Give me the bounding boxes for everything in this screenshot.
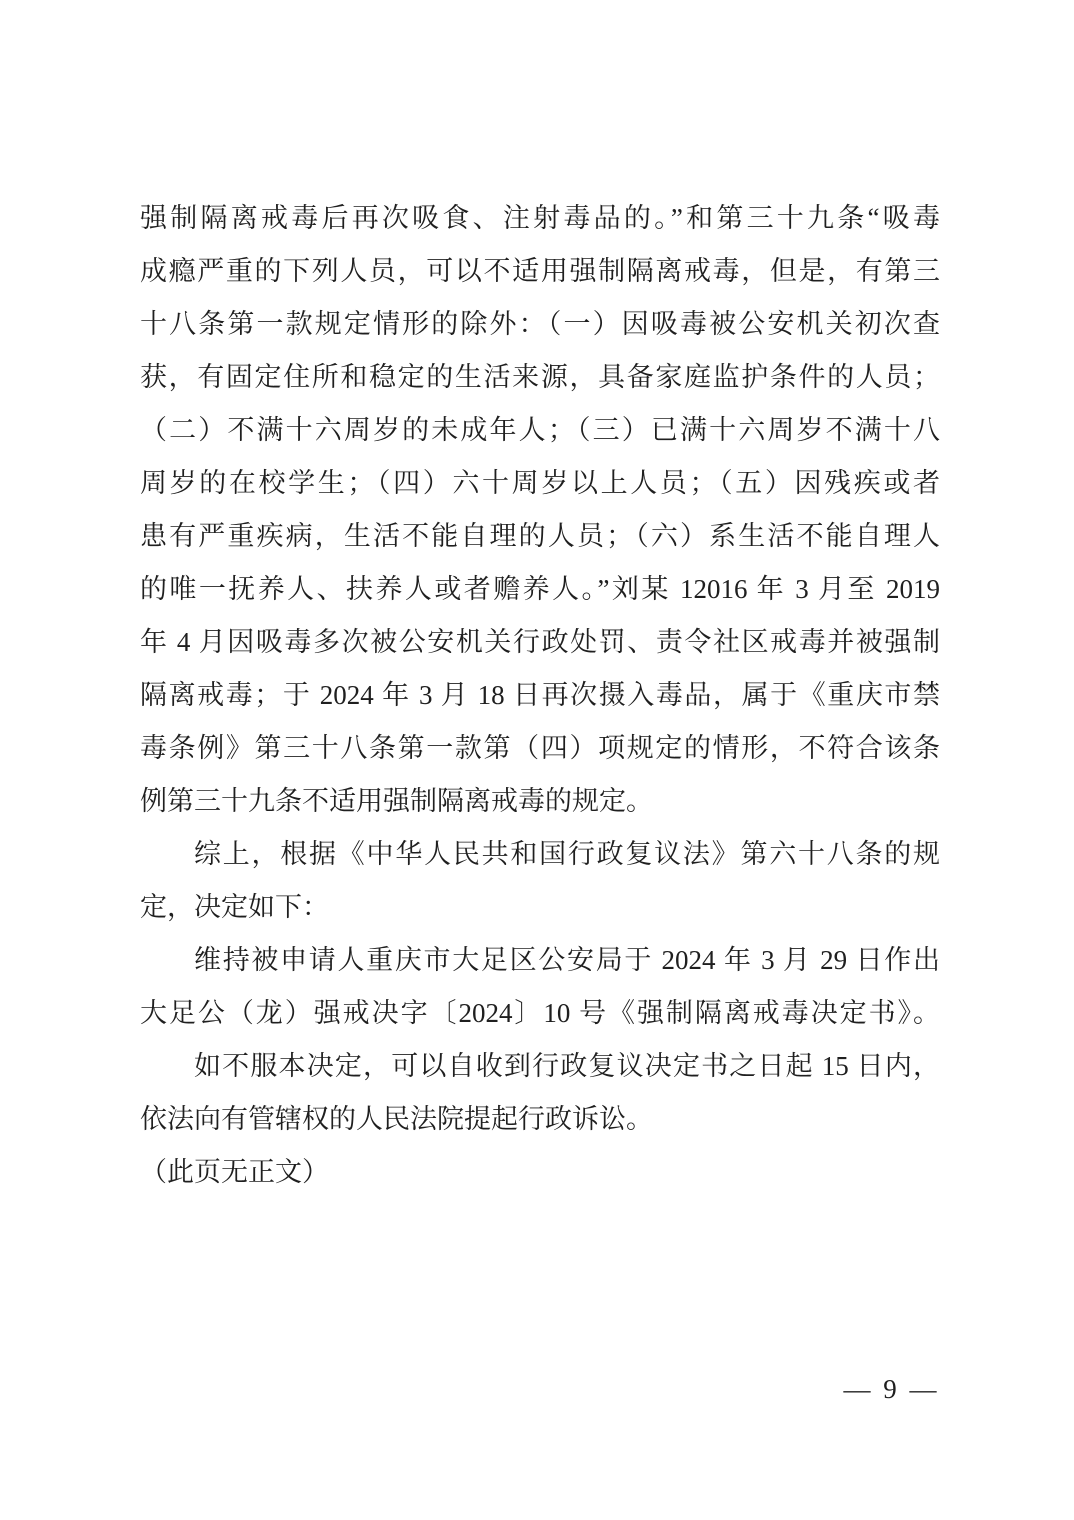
document-body: 强制隔离戒毒后再次吸食、注射毒品的。”和第三十九条“吸毒 成瘾严重的下列人员，可… [140,192,940,1199]
body-line: 例第三十九条不适用强制隔离戒毒的规定。 [140,775,940,828]
document-page: 强制隔离戒毒后再次吸食、注射毒品的。”和第三十九条“吸毒 成瘾严重的下列人员，可… [0,0,1074,1520]
body-line: 十八条第一款规定情形的除外：（一）因吸毒被公安机关初次查 [140,298,940,351]
body-line: （此页无正文） [140,1146,940,1199]
body-line: 的唯一抚养人、扶养人或者赡养人。”刘某 12016 年 3 月至 2019 [140,563,940,616]
body-line: 毒条例》第三十八条第一款第（四）项规定的情形，不符合该条 [140,722,940,775]
body-line: 成瘾严重的下列人员，可以不适用强制隔离戒毒，但是，有第三 [140,245,940,298]
page-number: — 9 — [840,1376,940,1403]
body-line: 如不服本决定，可以自收到行政复议决定书之日起 15 日内， [140,1040,940,1093]
body-line: 患有严重疾病，生活不能自理的人员；（六）系生活不能自理人 [140,510,940,563]
body-line: （二）不满十六周岁的未成年人；（三）已满十六周岁不满十八 [140,404,940,457]
body-line: 周岁的在校学生；（四）六十周岁以上人员；（五）因残疾或者 [140,457,940,510]
body-line: 维持被申请人重庆市大足区公安局于 2024 年 3 月 29 日作出 [140,934,940,987]
body-line: 隔离戒毒；于 2024 年 3 月 18 日再次摄入毒品，属于《重庆市禁 [140,669,940,722]
body-line: 获，有固定住所和稳定的生活来源，具备家庭监护条件的人员； [140,351,940,404]
body-line: 强制隔离戒毒后再次吸食、注射毒品的。”和第三十九条“吸毒 [140,192,940,245]
body-line: 综上，根据《中华人民共和国行政复议法》第六十八条的规 [140,828,940,881]
body-line: 定，决定如下： [140,881,940,934]
body-line: 大足公（龙）强戒决字〔2024〕10 号《强制隔离戒毒决定书》。 [140,987,940,1040]
body-line: 依法向有管辖权的人民法院提起行政诉讼。 [140,1093,940,1146]
body-line: 年 4 月因吸毒多次被公安机关行政处罚、责令社区戒毒并被强制 [140,616,940,669]
